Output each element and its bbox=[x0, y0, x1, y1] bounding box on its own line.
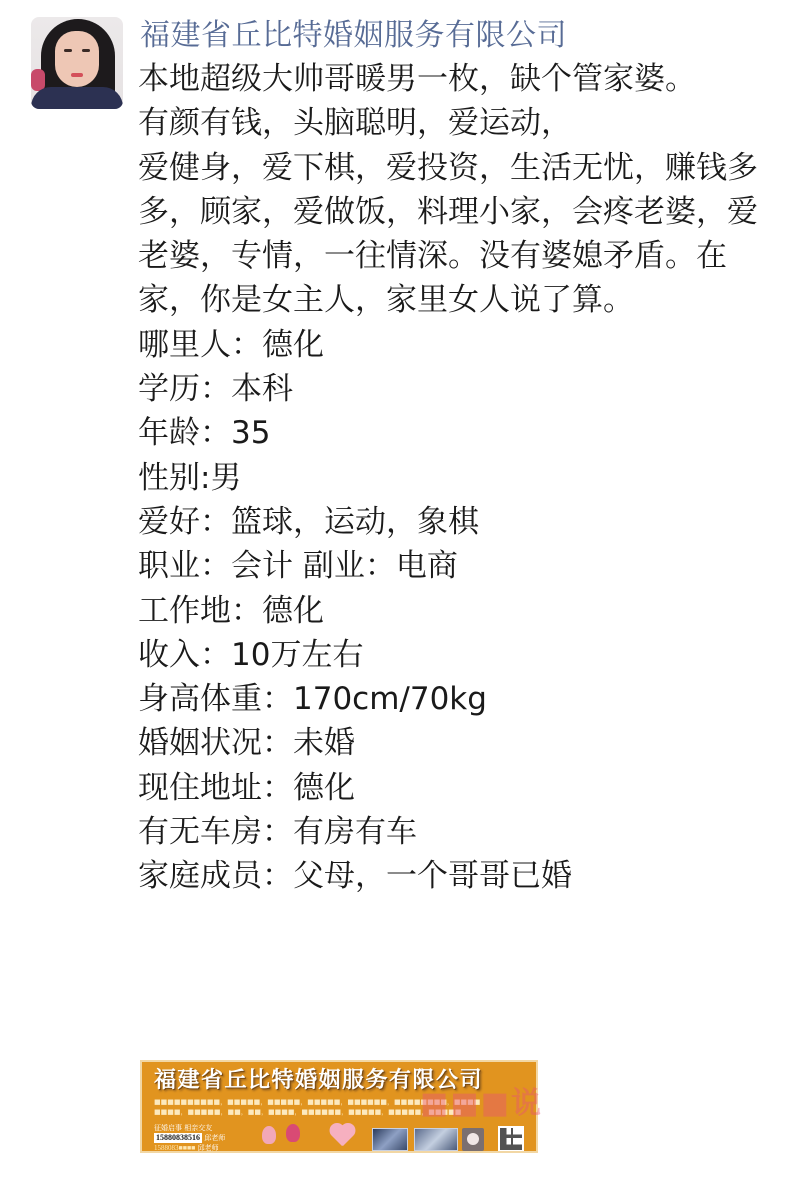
cupid-figure bbox=[262, 1126, 276, 1144]
banner-phone-main-suffix: 邱老师 bbox=[204, 1134, 225, 1142]
field-label: 身高体重： bbox=[138, 681, 293, 717]
heart-icon bbox=[328, 1124, 356, 1150]
banner-photo bbox=[372, 1128, 408, 1151]
field-label: 职业： bbox=[138, 548, 231, 584]
profile-field-education: 学历：本科 bbox=[138, 367, 768, 411]
profile-field-hometown: 哪里人：德化 bbox=[138, 323, 768, 367]
field-label: 婚姻状况： bbox=[138, 725, 293, 761]
intro-line: 爱健身，爱下棋，爱投资，生活无忧，赚钱多多，顾家，爱做饭，料理小家，会疼老婆，爱… bbox=[138, 146, 768, 323]
field-label: 爱好： bbox=[138, 504, 231, 540]
field-value: 篮球，运动，象棋 bbox=[231, 504, 479, 540]
watermark-text: ■■■说 bbox=[420, 1078, 543, 1122]
field-value: 有房有车 bbox=[293, 814, 417, 850]
banner-contact-heading: 征婚启事 相亲交友 bbox=[154, 1123, 225, 1133]
banner-phone-main: 15880838516 bbox=[154, 1133, 202, 1143]
field-value: 德化 bbox=[262, 327, 324, 363]
field-value: 父母，一个哥哥已婚 bbox=[293, 858, 572, 894]
profile-field-gender: 性别:男 bbox=[138, 456, 768, 500]
profile-field-family: 家庭成员：父母，一个哥哥已婚 bbox=[138, 854, 768, 898]
company-logo-icon bbox=[462, 1128, 484, 1151]
field-label: 年龄： bbox=[138, 415, 231, 451]
avatar-eye-right bbox=[82, 49, 90, 52]
field-value: 德化 bbox=[293, 770, 355, 806]
field-label: 学历： bbox=[138, 371, 231, 407]
profile-field-workplace: 工作地：德化 bbox=[138, 589, 768, 633]
profile-field-hobbies: 爱好：篮球，运动，象棋 bbox=[138, 500, 768, 544]
cupid-icon bbox=[260, 1122, 310, 1150]
profile-field-car-house: 有无车房：有房有车 bbox=[138, 810, 768, 854]
field-value: 会计 副业：电商 bbox=[231, 548, 458, 584]
profile-field-age: 年龄：35 bbox=[138, 411, 768, 455]
qr-code-icon bbox=[498, 1126, 524, 1152]
field-value: 35 bbox=[231, 415, 270, 451]
intro-line: 有颜有钱，头脑聪明，爱运动， bbox=[138, 101, 768, 145]
profile-field-address: 现住地址：德化 bbox=[138, 766, 768, 810]
banner-phone-alt: 1588083■■■■ bbox=[154, 1144, 195, 1152]
qr-code-pattern bbox=[500, 1128, 522, 1150]
avatar-face-shape bbox=[55, 31, 99, 87]
avatar[interactable] bbox=[31, 17, 123, 109]
profile-field-income: 收入：10万左右 bbox=[138, 633, 768, 677]
banner-contact-block: 征婚启事 相亲交友 15880838516 邱老师 1588083■■■■ 邱老… bbox=[154, 1123, 225, 1153]
field-label: 性别: bbox=[138, 460, 210, 496]
field-value: 德化 bbox=[262, 593, 324, 629]
avatar-lips bbox=[71, 73, 83, 77]
profile-field-height-weight: 身高体重：170cm/70kg bbox=[138, 677, 768, 721]
sender-name[interactable]: 福建省丘比特婚姻服务有限公司 bbox=[140, 16, 567, 56]
field-value: 170cm/70kg bbox=[293, 681, 487, 717]
cupid-figure bbox=[286, 1124, 300, 1142]
field-value: 未婚 bbox=[293, 725, 355, 761]
field-label: 哪里人： bbox=[138, 327, 262, 363]
field-label: 收入： bbox=[138, 637, 231, 673]
field-label: 有无车房： bbox=[138, 814, 293, 850]
avatar-shirt bbox=[31, 87, 123, 109]
profile-field-occupation: 职业：会计 副业：电商 bbox=[138, 544, 768, 588]
profile-field-marital-status: 婚姻状况：未婚 bbox=[138, 721, 768, 765]
field-label: 家庭成员： bbox=[138, 858, 293, 894]
field-value: 男 bbox=[210, 460, 241, 496]
post-body: 本地超级大帅哥暖男一枚，缺个管家婆。 有颜有钱，头脑聪明，爱运动， 爱健身，爱下… bbox=[138, 57, 768, 899]
field-value: 10万左右 bbox=[231, 637, 363, 673]
field-value: 本科 bbox=[231, 371, 293, 407]
banner-phone-alt-suffix: 邱老师 bbox=[198, 1144, 219, 1152]
banner-photo bbox=[414, 1128, 458, 1151]
field-label: 现住地址： bbox=[138, 770, 293, 806]
avatar-eye-left bbox=[64, 49, 72, 52]
intro-line: 本地超级大帅哥暖男一枚，缺个管家婆。 bbox=[138, 57, 768, 101]
field-label: 工作地： bbox=[138, 593, 262, 629]
